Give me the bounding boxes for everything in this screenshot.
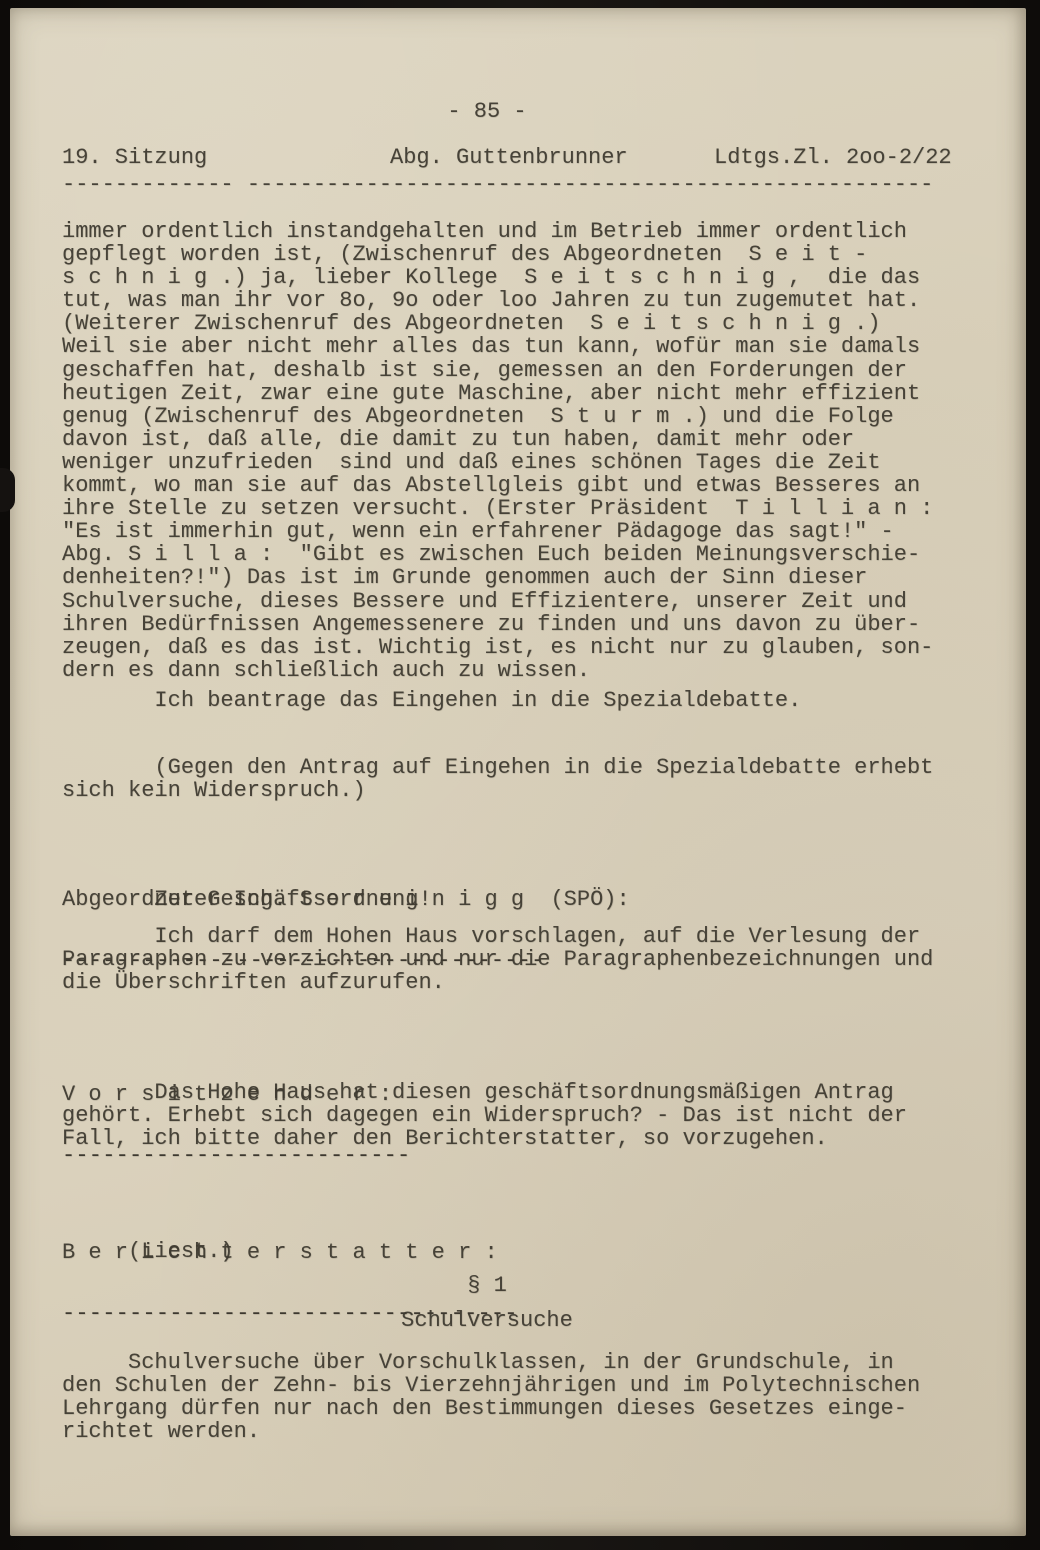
section-number: § 1 — [62, 1274, 912, 1297]
section-title: Schulversuche — [62, 1309, 912, 1332]
header-session-label: 19. Sitzung — [62, 146, 207, 169]
scanned-document: - 85 - 19. Sitzung Abg. Guttenbrunner Ld… — [0, 0, 1040, 1550]
proposal-paragraph: Ich darf dem Hohen Haus vorschlagen, auf… — [62, 925, 933, 994]
section-paragraph: Schulversuche über Vorschulklassen, in d… — [62, 1351, 920, 1443]
page-number: - 85 - — [62, 100, 912, 123]
reads-note: (Liest.) — [62, 1240, 234, 1263]
motion-sentence: Ich beantrage das Eingehen in die Spezia… — [62, 689, 801, 712]
no-objection-note: (Gegen den Antrag auf Eingehen in die Sp… — [62, 756, 933, 802]
header-speaker-name: Abg. Guttenbrunner — [390, 146, 628, 169]
page-header: 19. Sitzung Abg. Guttenbrunner Ldtgs.Zl.… — [62, 146, 962, 170]
document-page: - 85 - 19. Sitzung Abg. Guttenbrunner Ld… — [10, 8, 1026, 1536]
chairman-paragraph: Das Hohe Haus hat diesen geschäftsordnun… — [62, 1081, 907, 1150]
speech-paragraph: immer ordentlich instandgehalten und im … — [62, 220, 933, 682]
scan-edge-artifact — [0, 468, 15, 512]
point-of-order-line: Zur Geschäftsordnung! — [62, 888, 432, 911]
header-reference-number: Ldtgs.Zl. 2oo-2/22 — [714, 146, 952, 169]
header-divider: ------------- --------------------------… — [62, 173, 933, 196]
